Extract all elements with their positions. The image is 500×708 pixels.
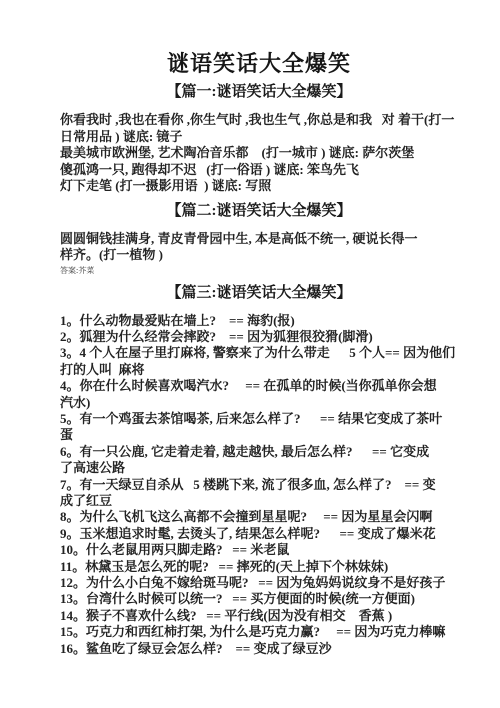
riddle-line: 蛋 (60, 427, 458, 443)
riddle-line: 11。林黛玉是怎么死的呢? == 摔死的(天上掉下个林妹妹) (60, 559, 458, 575)
riddle-line: 6。有一只公鹿, 它走着走着, 越走越快, 最后怎么样? == 它变成 (60, 444, 458, 460)
riddle-line: 1。什么动物最爱贴在墙上? == 海豹(报) (60, 313, 458, 329)
riddle-line: 日常用品 ) 谜底: 镜子 (60, 129, 458, 146)
riddle-line: 13。台湾什么时候可以统一? == 买方便面的时候(统一方便面) (60, 591, 458, 607)
riddle-line: 7。有一天绿豆自杀从 5 楼跳下来, 流了很多血, 怎么样了? == 变 (60, 477, 458, 493)
riddle-line: 了高速公路 (60, 460, 458, 476)
riddle-line: 3。4 个人在屋子里打麻将, 警察来了为什么带走 5 个人== 因为他们 (60, 345, 458, 361)
section2-body: 圆圆铜钱挂满身, 青皮青骨园中生, 本是高低不统一, 硬说长得一 样齐。(打一植… (60, 231, 458, 277)
riddle-line: 16。鲨鱼吃了绿豆会怎么样? == 变成了绿豆沙 (60, 641, 458, 657)
section3-heading: 【篇三:谜语笑话大全爆笑】 (60, 283, 458, 303)
section2-heading: 【篇二:谜语笑话大全爆笑】 (60, 201, 458, 221)
page-title: 谜语笑话大全爆笑 (60, 50, 458, 78)
riddle-line: 汽水) (60, 395, 458, 411)
riddle-line: 10。什么老鼠用两只脚走路? == 米老鼠 (60, 542, 458, 558)
riddle-line: 成了红豆 (60, 493, 458, 509)
riddle-line: 你看我时 ,我也在看你 ,你生气时 ,我也生气 ,你总是和我 对 着干(打一 (60, 112, 458, 129)
riddle-line: 傻孤鸿一只, 跑得却不迟 (打一俗语 ) 谜底: 笨鸟先飞 (60, 162, 458, 179)
riddle-line: 12。为什么小白兔不嫁给斑马呢? == 因为兔妈妈说纹身不是好孩子 (60, 575, 458, 591)
section1-heading: 【篇一:谜语笑话大全爆笑】 (60, 82, 458, 102)
riddle-line: 灯下走笔 (打一摄影用语 ) 谜底: 写照 (60, 178, 458, 195)
riddle-line: 9。玉米想追求时髦, 去烫头了, 结果怎么样呢? == 变成了爆米花 (60, 526, 458, 542)
section3-body: 1。什么动物最爱贴在墙上? == 海豹(报) 2。狐狸为什么经常会摔跤? == … (60, 313, 458, 658)
riddle-line: 圆圆铜钱挂满身, 青皮青骨园中生, 本是高低不统一, 硬说长得一 (60, 231, 458, 248)
riddle-line: 5。有一个鸡蛋去茶馆喝茶, 后来怎么样了? == 结果它变成了茶叶 (60, 411, 458, 427)
riddle-line: 15。巧克力和西红柿打架, 为什么是巧克力赢? == 因为巧克力棒嘛 (60, 624, 458, 640)
riddle-line: 打的人叫 麻将 (60, 362, 458, 378)
riddle-line: 8。为什么飞机飞这么高都不会撞到星星呢? == 因为星星会闪啊 (60, 509, 458, 525)
riddle-line: 4。你在什么时候喜欢喝汽水? == 在孤单的时候(当你孤单你会想 (60, 378, 458, 394)
section1-body: 你看我时 ,我也在看你 ,你生气时 ,我也生气 ,你总是和我 对 着干(打一 日… (60, 112, 458, 195)
riddle-line: 14。猴子不喜欢什么线? == 平行线(因为没有相交 香蕉 ) (60, 608, 458, 624)
document-page: 谜语笑话大全爆笑 【篇一:谜语笑话大全爆笑】 你看我时 ,我也在看你 ,你生气时… (0, 0, 500, 708)
riddle-line: 2。狐狸为什么经常会摔跤? == 因为狐狸很狡猾(脚滑) (60, 329, 458, 345)
riddle-line: 最美城市欧洲堡, 艺术陶冶音乐都 (打一城市 ) 谜底: 萨尔茨堡 (60, 145, 458, 162)
riddle-answer: 答案:芥菜 (60, 265, 458, 277)
riddle-line: 样齐。(打一植物 ) (60, 247, 458, 264)
